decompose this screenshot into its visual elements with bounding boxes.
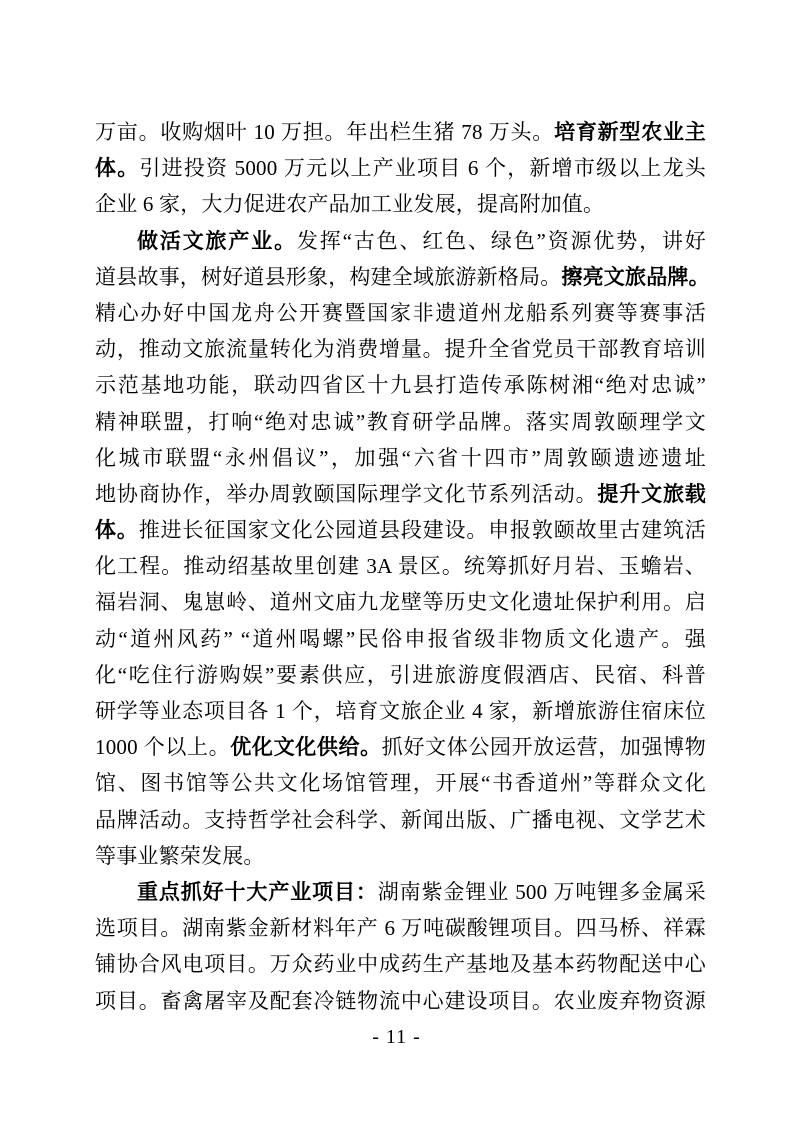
emphasis-text-segment: 培育新型农业主 (554, 121, 706, 144)
text-segment: 化工程。推动绍基故里创建 3A 景区。统筹抓好月岩、玉蟾岩、 (95, 554, 706, 578)
text-segment: 研学等业态项目各 1 个，培育文旅企业 4 家，新增旅游住宿床位 (95, 699, 706, 723)
document-body: 万亩。收购烟叶 10 万担。年出栏生猪 78 万头。培育新型农业主体。引进投资 … (95, 114, 706, 1019)
text-segment: 化城市联盟“永州倡议”，加强“六省十四市”周敦颐遗迹遗址 (95, 446, 706, 470)
text-segment: 抓好文体公园开放运营，加强博物 (382, 735, 706, 759)
text-line: 1000 个以上。优化文化供给。抓好文体公园开放运营，加强博物 (95, 729, 706, 765)
text-segment: 万亩。收购烟叶 10 万担。年出栏生猪 78 万头。 (95, 120, 554, 144)
text-line: 重点抓好十大产业项目：湖南紫金锂业 500 万吨锂多金属采 (95, 874, 706, 910)
text-segment: 选项目。湖南紫金新材料年产 6 万吨碳酸锂项目。四马桥、祥霖 (95, 916, 706, 940)
page: 万亩。收购烟叶 10 万担。年出栏生猪 78 万头。培育新型农业主体。引进投资 … (0, 0, 793, 1122)
text-segment: 项目。畜禽屠宰及配套冷链物流中心建设项目。农业废弃物资源 (95, 989, 706, 1013)
text-line: 企业 6 家，大力促进农产品加工业发展，提高附加值。 (95, 186, 706, 222)
text-segment: 引进投资 5000 万元以上产业项目 6 个，新增市级以上龙头 (139, 156, 706, 180)
emphasis-text-segment: 优化文化供给。 (230, 736, 382, 759)
text-segment: 推进长征国家文化公园道县段建设。申报敦颐故里古建筑活 (139, 518, 706, 542)
text-line: 万亩。收购烟叶 10 万担。年出栏生猪 78 万头。培育新型农业主 (95, 114, 706, 150)
text-segment: 铺协合风电项目。万众药业中成药生产基地及基本药物配送中心 (95, 952, 706, 976)
emphasis-text-segment: 重点抓好十大产业项目： (137, 881, 378, 904)
text-line: 精神联盟，打响“绝对忠诚”教育研学品牌。落实周敦颐理学文 (95, 404, 706, 440)
text-segment: 地协商协作，举办周敦颐国际理学文化节系列活动。 (95, 482, 597, 506)
text-segment: 精心办好中国龙舟公开赛暨国家非遗道州龙船系列赛等赛事活 (95, 301, 706, 325)
text-segment: 1000 个以上。 (95, 735, 230, 759)
text-line: 福岩洞、鬼崽岭、道州文庙九龙壁等历史文化遗址保护利用。启 (95, 584, 706, 620)
text-segment: 湖南紫金锂业 500 万吨锂多金属采 (378, 880, 706, 904)
page-footer: - 11 - (0, 1026, 793, 1049)
text-line: 体。推进长征国家文化公园道县段建设。申报敦颐故里古建筑活 (95, 512, 706, 548)
text-line: 道县故事，树好道县形象，构建全域旅游新格局。擦亮文旅品牌。 (95, 259, 706, 295)
emphasis-text-segment: 体。 (95, 519, 139, 542)
text-segment: 发挥“古色、红色、绿色”资源优势，讲好 (297, 229, 706, 253)
text-segment: 福岩洞、鬼崽岭、道州文庙九龙壁等历史文化遗址保护利用。启 (95, 590, 706, 614)
text-line: 化“吃住行游购娱”要素供应，引进旅游度假酒店、民宿、科普 (95, 657, 706, 693)
text-line: 馆、图书馆等公共文化场馆管理，开展“书香道州”等群众文化 (95, 765, 706, 801)
emphasis-text-segment: 擦亮文旅品牌。 (561, 266, 709, 289)
text-segment: 动“道州风药” “道州喝螺”民俗申报省级非物质文化遗产。强 (95, 627, 706, 651)
text-segment: 馆、图书馆等公共文化场馆管理，开展“书香道州”等群众文化 (95, 771, 706, 795)
text-line: 品牌活动。支持哲学社会科学、新闻出版、广播电视、文学艺术 (95, 802, 706, 838)
emphasis-text-segment: 提升文旅载 (597, 483, 706, 506)
text-segment: 示范基地功能，联动四省区十九县打造传承陈树湘“绝对忠诚” (95, 373, 706, 397)
emphasis-text-segment: 体。 (95, 157, 139, 180)
text-line: 选项目。湖南紫金新材料年产 6 万吨碳酸锂项目。四马桥、祥霖 (95, 910, 706, 946)
text-line: 地协商协作，举办周敦颐国际理学文化节系列活动。提升文旅载 (95, 476, 706, 512)
text-line: 研学等业态项目各 1 个，培育文旅企业 4 家，新增旅游住宿床位 (95, 693, 706, 729)
text-line: 体。引进投资 5000 万元以上产业项目 6 个，新增市级以上龙头 (95, 150, 706, 186)
text-line: 项目。畜禽屠宰及配套冷链物流中心建设项目。农业废弃物资源 (95, 983, 706, 1019)
text-line: 化城市联盟“永州倡议”，加强“六省十四市”周敦颐遗迹遗址 (95, 440, 706, 476)
text-line: 等事业繁荣发展。 (95, 838, 706, 874)
text-line: 做活文旅产业。发挥“古色、红色、绿色”资源优势，讲好 (95, 223, 706, 259)
text-segment: 品牌活动。支持哲学社会科学、新闻出版、广播电视、文学艺术 (95, 808, 706, 832)
text-line: 铺协合风电项目。万众药业中成药生产基地及基本药物配送中心 (95, 946, 706, 982)
text-line: 化工程。推动绍基故里创建 3A 景区。统筹抓好月岩、玉蟾岩、 (95, 548, 706, 584)
text-segment: 等事业繁荣发展。 (95, 844, 265, 868)
text-line: 示范基地功能，联动四省区十九县打造传承陈树湘“绝对忠诚” (95, 367, 706, 403)
text-line: 动，推动文旅流量转化为消费增量。提升全省党员干部教育培训 (95, 331, 706, 367)
text-segment: 精神联盟，打响“绝对忠诚”教育研学品牌。落实周敦颐理学文 (95, 410, 706, 434)
text-segment: 化“吃住行游购娱”要素供应，引进旅游度假酒店、民宿、科普 (95, 663, 706, 687)
text-line: 动“道州风药” “道州喝螺”民俗申报省级非物质文化遗产。强 (95, 621, 706, 657)
text-segment: 动，推动文旅流量转化为消费增量。提升全省党员干部教育培训 (95, 337, 706, 361)
text-line: 精心办好中国龙舟公开赛暨国家非遗道州龙船系列赛等赛事活 (95, 295, 706, 331)
emphasis-text-segment: 做活文旅产业。 (137, 230, 297, 253)
text-segment: 企业 6 家，大力促进农产品加工业发展，提高附加值。 (95, 192, 604, 216)
text-segment: 道县故事，树好道县形象，构建全域旅游新格局。 (95, 265, 561, 289)
page-number: - 11 - (372, 1026, 421, 1048)
